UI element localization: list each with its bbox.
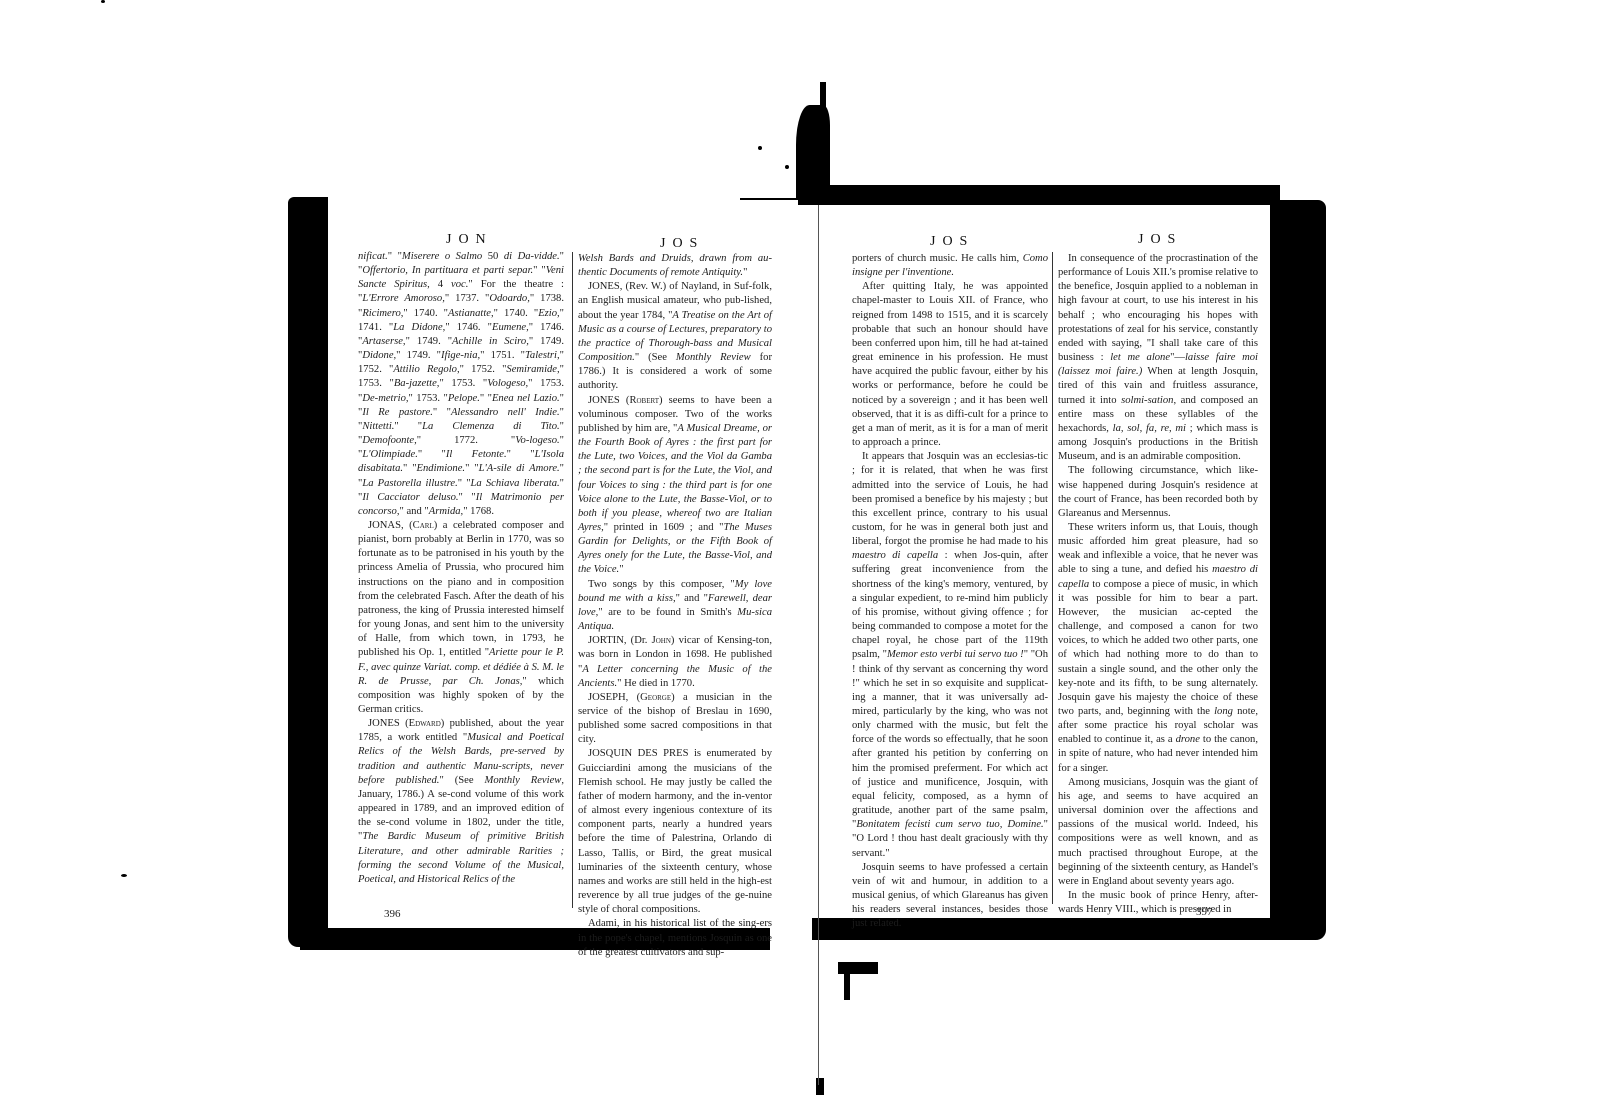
paragraph: Josquin seems to have professed a certai… — [852, 861, 1048, 932]
paragraph: porters of church music. He calls him, C… — [852, 252, 1048, 280]
paragraph: nificat." "Miserere o Salmo 50 di Da-vid… — [358, 250, 564, 519]
paragraph: JONES (Edward) published, about the year… — [358, 717, 564, 887]
left-page-col2-running-head: JOS — [660, 236, 704, 252]
scan-speck — [758, 146, 762, 150]
gutter-ink-bottom-drip — [844, 970, 850, 1000]
left-page-column-1: nificat." "Miserere o Salmo 50 di Da-vid… — [358, 250, 564, 887]
paragraph: JOSQUIN DES PRES is enumerated by Guicci… — [578, 747, 772, 917]
left-page-number: 396 — [384, 908, 401, 920]
paragraph: In the music book of prince Henry, after… — [1058, 889, 1258, 917]
paragraph: JONES, (Rev. W.) of Nayland, in Suf-folk… — [578, 280, 772, 393]
left-page-col1-running-head: JON — [446, 232, 493, 248]
scan-speck — [785, 165, 789, 169]
paragraph: Welsh Bards and Druids, drawn from au-th… — [578, 252, 772, 280]
paragraph: JONAS, (Carl) a celebrated composer and … — [358, 519, 564, 717]
left-page-column-rule — [572, 252, 573, 908]
paragraph: Adami, in his historical list of the sin… — [578, 917, 772, 959]
paragraph: These writers inform us, that Louis, tho… — [1058, 521, 1258, 776]
paragraph: Among musicians, Josquin was the giant o… — [1058, 776, 1258, 889]
left-page-column-2: Welsh Bards and Druids, drawn from au-th… — [578, 252, 772, 960]
left-cover-edge — [288, 197, 328, 947]
right-page-column-rule — [1052, 252, 1053, 904]
paragraph: Two songs by this composer, "My love bou… — [578, 578, 772, 635]
scan-speck — [121, 874, 127, 877]
right-cover-edge — [1268, 200, 1326, 940]
right-page-col1-running-head: JOS — [930, 234, 974, 250]
gutter-ink-tail — [820, 82, 826, 192]
paragraph: In consequence of the procrastination of… — [1058, 252, 1258, 464]
scan-speck — [101, 0, 105, 3]
paragraph: The following circumstance, which like-w… — [1058, 464, 1258, 521]
paragraph: JOSEPH, (George) a musician in the servi… — [578, 691, 772, 748]
paragraph: It appears that Josquin was an ecclesias… — [852, 450, 1048, 861]
gutter-ink-top-right — [828, 185, 1280, 205]
paragraph: JORTIN, (Dr. John) vicar of Kensing-ton,… — [578, 634, 772, 691]
right-page-column-2: In consequence of the procrastination of… — [1058, 252, 1258, 917]
right-page-col2-running-head: JOS — [1138, 232, 1182, 248]
right-page-number: 397 — [1196, 906, 1213, 918]
right-page-column-1: porters of church music. He calls him, C… — [852, 252, 1048, 932]
paragraph: JONES (Robert) seems to have been a volu… — [578, 394, 772, 578]
paragraph: After quitting Italy, he was appointed c… — [852, 280, 1048, 450]
gutter-line — [818, 205, 819, 1085]
